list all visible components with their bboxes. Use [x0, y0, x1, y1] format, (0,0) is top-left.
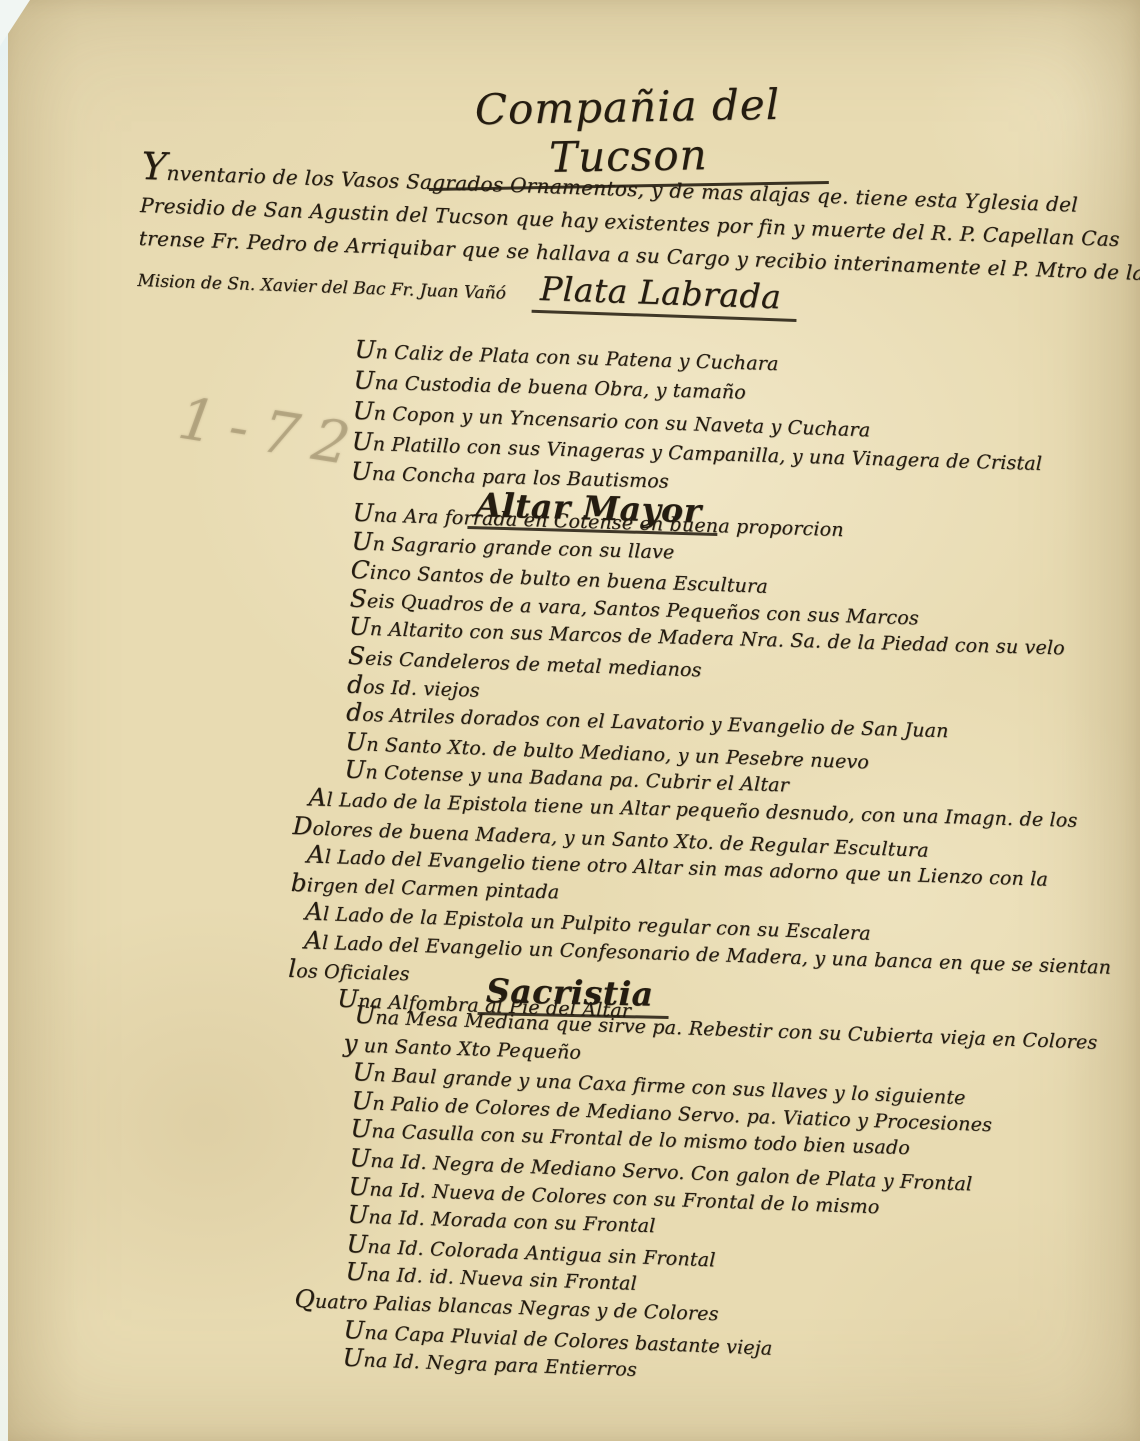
altar-mayor-list: Una Ara forrada en Cotense en buena prop… [282, 498, 1125, 1038]
sacristia-list: Una Mesa Mediana que sirve pa. Rebestir … [287, 1000, 1098, 1399]
plata-labrada-list: Un Caliz de Plata con su Patena y Cuchar… [295, 334, 1045, 509]
scan-corner-artifact [0, 0, 30, 46]
scanned-manuscript-page: Compañia del Tucson Ynventario de los Va… [0, 0, 1140, 1441]
section-title-plata-labrada: Plata Labrada [531, 269, 798, 322]
scan-edge-strip [0, 0, 8, 1441]
intro-paragraph: Ynventario de los Vasos Sagrados Ornamen… [137, 150, 1042, 330]
intro-line: Mision de Sn. Xavier del Bac Fr. Juan Va… [137, 271, 506, 304]
